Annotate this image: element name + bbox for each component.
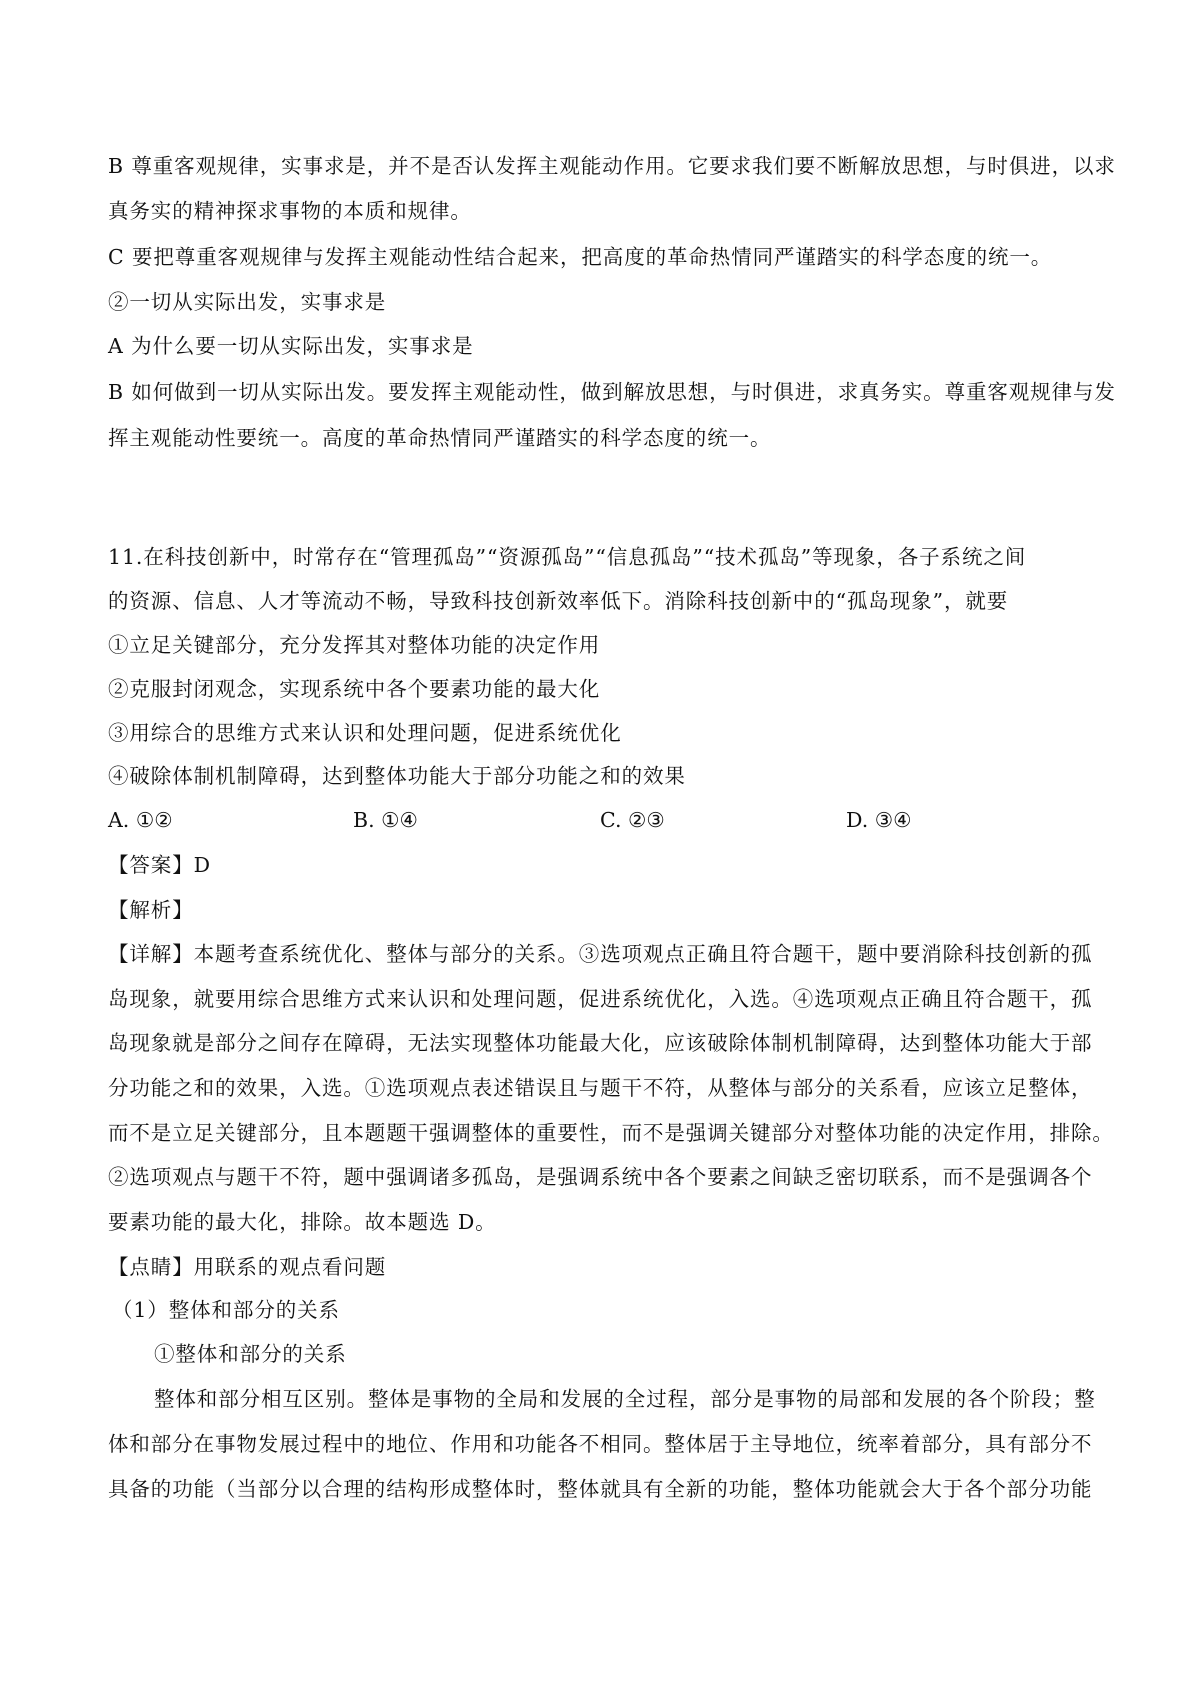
answer-label: 【答案】D — [108, 850, 211, 880]
tip-label: 【点睛】用联系的观点看问题 — [108, 1252, 386, 1282]
statement-3: ③用综合的思维方式来认识和处理问题，促进系统优化 — [108, 718, 622, 748]
body-line: 整体和部分相互区别。整体是事物的全局和发展的全过程，部分是事物的局部和发展的各个… — [154, 1384, 1096, 1414]
text-line: C 要把尊重客观规律与发挥主观能动性结合起来，把高度的革命热情同严谨踏实的科学态… — [108, 242, 1052, 272]
statement-2: ②克服封闭观念，实现系统中各个要素功能的最大化 — [108, 674, 600, 704]
option-b: B. ①④ — [353, 805, 418, 835]
body-line: 具备的功能（当部分以合理的结构形成整体时，整体就具有全新的功能，整体功能就会大于… — [108, 1474, 1092, 1504]
text-line: 挥主观能动性要统一。高度的革命热情同严谨踏实的科学态度的统一。 — [108, 423, 771, 453]
body-line: 体和部分在事物发展过程中的地位、作用和功能各不相同。整体居于主导地位，统率着部分… — [108, 1429, 1092, 1459]
question-stem: 11.在科技创新中，时常存在“管理孤岛”“资源孤岛”“信息孤岛”“技术孤岛”等现… — [108, 542, 1026, 572]
text-line: A 为什么要一切从实际出发，实事求是 — [108, 331, 474, 361]
text-line: 真务实的精神探求事物的本质和规律。 — [108, 196, 472, 226]
detail-line: 分功能之和的效果，入选。①选项观点表述错误且与题干不符，从整体与部分的关系看，应… — [108, 1073, 1092, 1103]
statement-4: ④破除体制机制障碍，达到整体功能大于部分功能之和的效果 — [108, 761, 686, 791]
option-a: A. ①② — [108, 805, 173, 835]
analysis-label: 【解析】 — [108, 895, 194, 925]
detail-line: 要素功能的最大化，排除。故本题选 D。 — [108, 1207, 497, 1237]
question-stem: 的资源、信息、人才等流动不畅，导致科技创新效率低下。消除科技创新中的“孤岛现象”… — [108, 586, 1008, 616]
detail-line: 【详解】本题考查系统优化、整体与部分的关系。③选项观点正确且符合题干，题中要消除… — [108, 939, 1092, 969]
option-d: D. ③④ — [846, 805, 912, 835]
detail-line: 而不是立足关键部分，且本题题干强调整体的重要性，而不是强调关键部分对整体功能的决… — [108, 1118, 1114, 1148]
statement-1: ①立足关键部分，充分发挥其对整体功能的决定作用 — [108, 630, 600, 660]
text-line: ②一切从实际出发，实事求是 — [108, 287, 386, 317]
sub-heading: （1）整体和部分的关系 — [112, 1295, 340, 1325]
text-line: B 尊重客观规律，实事求是，并不是否认发挥主观能动作用。它要求我们要不断解放思想… — [108, 151, 1116, 181]
detail-line: 岛现象，就要用综合思维方式来认识和处理问题，促进系统优化，入选。④选项观点正确且… — [108, 984, 1092, 1014]
detail-line: 岛现象就是部分之间存在障碍，无法实现整体功能最大化，应该破除体制机制障碍，达到整… — [108, 1028, 1092, 1058]
sub-item: ①整体和部分的关系 — [154, 1339, 347, 1369]
detail-line: ②选项观点与题干不符，题中强调诸多孤岛，是强调系统中各个要素之间缺乏密切联系，而… — [108, 1162, 1092, 1192]
option-c: C. ②③ — [600, 805, 665, 835]
text-line: B 如何做到一切从实际出发。要发挥主观能动性，做到解放思想，与时俱进，求真务实。… — [108, 377, 1116, 407]
